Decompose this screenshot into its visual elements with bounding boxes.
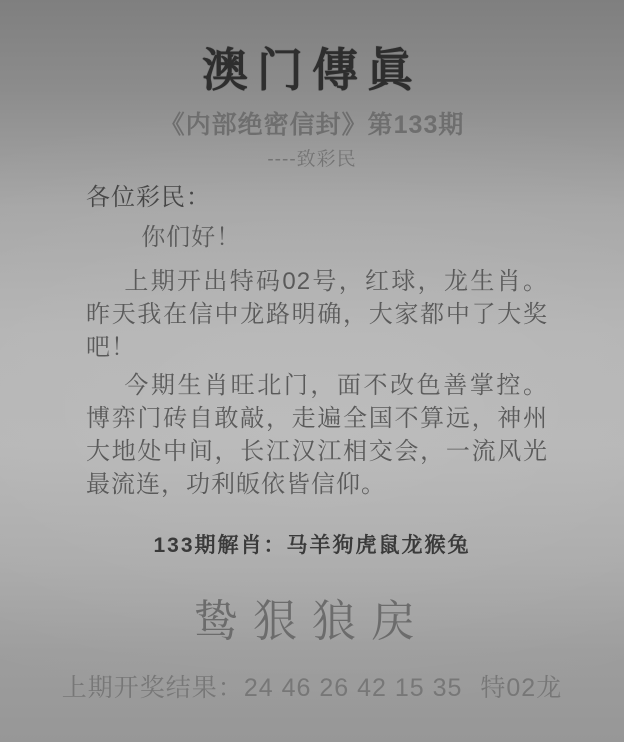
results-label: 上期开奖结果： (62, 674, 244, 702)
letter-paragraph-1: 上期开出特码02号，红球，龙生肖。昨天我在信中龙路明确，大家都中了大奖吧！ (86, 265, 548, 364)
fax-flyer-page: 澳门傳眞 《内部绝密信封》第133期 ----致彩民 各位彩民： 你们好！ 上期… (0, 0, 624, 742)
results-numbers: 24 46 26 42 15 35 (244, 674, 463, 702)
letter-salutation: 各位彩民： (86, 181, 548, 214)
letter-body: 各位彩民： 你们好！ 上期开出特码02号，红球，龙生肖。昨天我在信中龙路明确，大… (0, 181, 624, 501)
results-special-number: 特02龙 (480, 674, 562, 702)
zodiac-hint-line: 133期解肖：马羊狗虎鼠龙猴兔 (0, 534, 624, 558)
big-idiom-word: 鸷狠狼戻 (0, 596, 624, 648)
previous-results-line: 上期开奖结果：24 46 26 42 15 35特02龙 (0, 673, 624, 703)
dedication-line: ----致彩民 (0, 149, 624, 171)
issue-subtitle: 《内部绝密信封》第133期 (0, 110, 624, 140)
page-title: 澳门傳眞 (0, 0, 624, 96)
letter-paragraph-2: 今期生肖旺北门，面不改色善掌控。博弈门砖自敢敲，走遍全国不算远，神州大地处中间，… (86, 369, 548, 501)
letter-greeting: 你们好！ (86, 221, 548, 254)
